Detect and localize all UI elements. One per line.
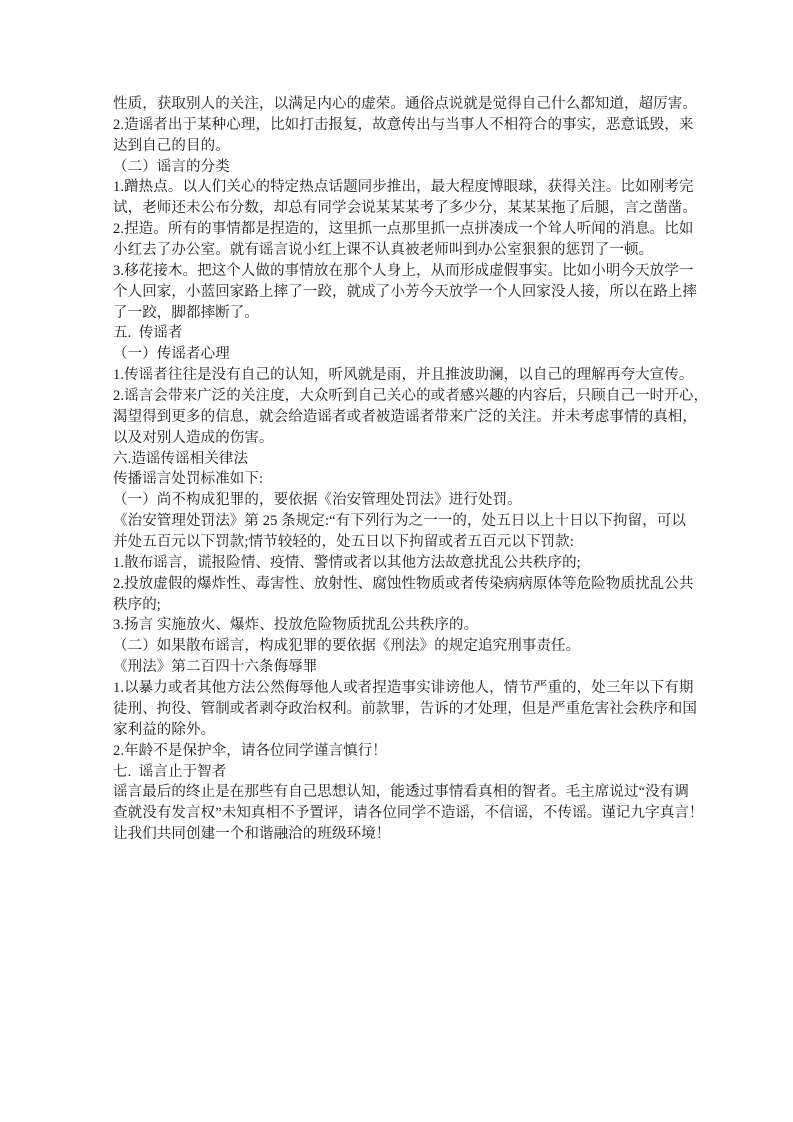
document-line: 六.造谣传谣相关律法 bbox=[113, 449, 694, 470]
document-line: （一）传谣者心理 bbox=[113, 344, 694, 365]
document-line: 并处五百元以下罚款;情节较轻的，处五日以下拘留或者五百元以下罚款: bbox=[113, 532, 694, 553]
document-line: 《刑法》第二百四十六条侮辱罪 bbox=[113, 657, 694, 678]
document-line: 2.投放虚假的爆炸性、毒害性、放射性、腐蚀性物质或者传染病病原体等危险物质扰乱公… bbox=[113, 574, 694, 595]
document-line: 七. 谣言止于智者 bbox=[113, 762, 694, 783]
document-line: 2.捏造。所有的事情都是捏造的，这里抓一点那里抓一点拼凑成一个耸人听闻的消息。比… bbox=[113, 219, 694, 240]
document-line: 传播谣言处罚标准如下: bbox=[113, 469, 694, 490]
document-text-block: 性质，获取别人的关注，以满足内心的虚荣。通俗点说就是觉得自己什么都知道，超厉害。… bbox=[113, 94, 694, 845]
document-line: 以及对别人造成的伤害。 bbox=[113, 428, 694, 449]
document-line: 个人回家，小蓝回家路上摔了一跤，就成了小芳今天放学一个人回家没人接，所以在路上摔 bbox=[113, 282, 694, 303]
document-line: 试，老师还未公布分数，却总有同学会说某某某考了多少分，某某某拖了后腿，言之凿凿。 bbox=[113, 198, 694, 219]
document-line: 让我们共同创建一个和谐融洽的班级环境！ bbox=[113, 824, 694, 845]
document-line: 性质，获取别人的关注，以满足内心的虚荣。通俗点说就是觉得自己什么都知道，超厉害。 bbox=[113, 94, 694, 115]
document-line: 五. 传谣者 bbox=[113, 323, 694, 344]
document-line: 3.移花接木。把这个人做的事情放在那个人身上，从而形成虚假事实。比如小明今天放学… bbox=[113, 261, 694, 282]
document-line: （二）如果散布谣言，构成犯罪的要依据《刑法》的规定追究刑事责任。 bbox=[113, 636, 694, 657]
document-page: 性质，获取别人的关注，以满足内心的虚荣。通俗点说就是觉得自己什么都知道，超厉害。… bbox=[0, 0, 793, 1122]
document-line: 渴望得到更多的信息，就会给造谣者或者被造谣者带来广泛的关注。并未考虑事情的真相， bbox=[113, 407, 694, 428]
document-line: 2.谣言会带来广泛的关注度，大众听到自己关心的或者感兴趣的内容后，只顾自己一时开… bbox=[113, 386, 694, 407]
document-line: 查就没有发言权”未知真相不予置评，请各位同学不造谣，不信谣，不传谣。谨记九字真言… bbox=[113, 803, 694, 824]
document-line: 3.扬言 实施放火、爆炸、投放危险物质扰乱公共秩序的。 bbox=[113, 615, 694, 636]
document-line: 《治安管理处罚法》第 25 条规定:“有下列行为之一一的，处五日以上十日以下拘留… bbox=[113, 511, 694, 532]
document-line: 家利益的除外。 bbox=[113, 720, 694, 741]
document-line: 2.造谣者出于某种心理，比如打击报复，故意传出与当事人不相符合的事实，恶意诋毁，… bbox=[113, 115, 694, 136]
document-line: （二）谣言的分类 bbox=[113, 157, 694, 178]
document-line: 了一跤，脚都摔断了。 bbox=[113, 303, 694, 324]
document-line: 1.以暴力或者其他方法公然侮辱他人或者捏造事实诽谤他人，情节严重的，处三年以下有… bbox=[113, 678, 694, 699]
document-line: 1.传谣者往往是没有自己的认知，听风就是雨，并且推波助澜，以自己的理解再夸大宣传… bbox=[113, 365, 694, 386]
document-line: 秩序的; bbox=[113, 595, 694, 616]
document-line: 2.年龄不是保护伞，请各位同学谨言慎行！ bbox=[113, 741, 694, 762]
document-line: 徒刑、拘役、管制或者剥夺政治权利。前款罪，告诉的才处理，但是严重危害社会秩序和国 bbox=[113, 699, 694, 720]
document-line: 1.蹭热点。以人们关心的特定热点话题同步推出，最大程度博眼球，获得关注。比如刚考… bbox=[113, 177, 694, 198]
document-line: 1.散布谣言，谎报险情、疫情、警情或者以其他方法故意扰乱公共秩序的; bbox=[113, 553, 694, 574]
document-line: （一）尚不构成犯罪的，要依据《治安管理处罚法》进行处罚。 bbox=[113, 490, 694, 511]
document-line: 谣言最后的终止是在那些有自己思想认知，能透过事情看真相的智者。毛主席说过“没有调 bbox=[113, 782, 694, 803]
document-line: 达到自己的目的。 bbox=[113, 136, 694, 157]
document-line: 小红去了办公室。就有谣言说小红上课不认真被老师叫到办公室狠狠的惩罚了一顿。 bbox=[113, 240, 694, 261]
